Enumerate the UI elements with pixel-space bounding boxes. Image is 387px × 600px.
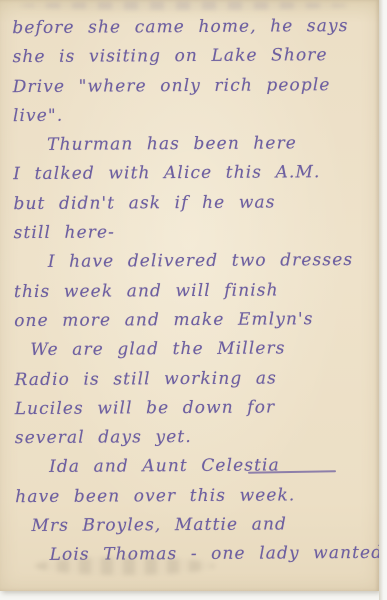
letter-line: Lois Thomas - one lady wanted: [2, 539, 381, 571]
letter-line: several days yet.: [1, 422, 380, 454]
scan-background-edge: [379, 0, 387, 600]
letter-line: We are glad the Millers: [0, 334, 379, 366]
letter-line: have been over this week.: [1, 481, 380, 513]
letter-line: but didn't ask if he was: [0, 188, 379, 220]
letter-line: Thurman has been here: [0, 129, 378, 161]
letter-paper: before she came home, he says she is vis…: [0, 0, 379, 591]
letter-line: I have delivered two dresses: [0, 246, 379, 278]
letter-line: one more and make Emlyn's: [0, 305, 379, 337]
letter-line: live".: [0, 100, 378, 132]
ink-bleed-through-top: [20, 1, 350, 10]
letter-line: Radio is still working as: [0, 363, 379, 395]
letter-body: before she came home, he says she is vis…: [0, 12, 381, 571]
letter-line: this week and will finish: [0, 276, 379, 308]
letter-line: I talked with Alice this A.M.: [0, 158, 378, 190]
letter-line: Ida and Aunt Celestia: [1, 451, 380, 483]
letter-line: still here-: [0, 217, 379, 249]
letter-line: before she came home, he says: [0, 12, 377, 44]
letter-line: she is visiting on Lake Shore: [0, 41, 378, 73]
letter-line: Luciles will be down for: [1, 393, 380, 425]
letter-line: Drive "where only rich people: [0, 70, 378, 102]
scanned-letter-page: before she came home, he says she is vis…: [0, 0, 387, 600]
letter-line: Mrs Broyles, Mattie and: [1, 510, 380, 542]
